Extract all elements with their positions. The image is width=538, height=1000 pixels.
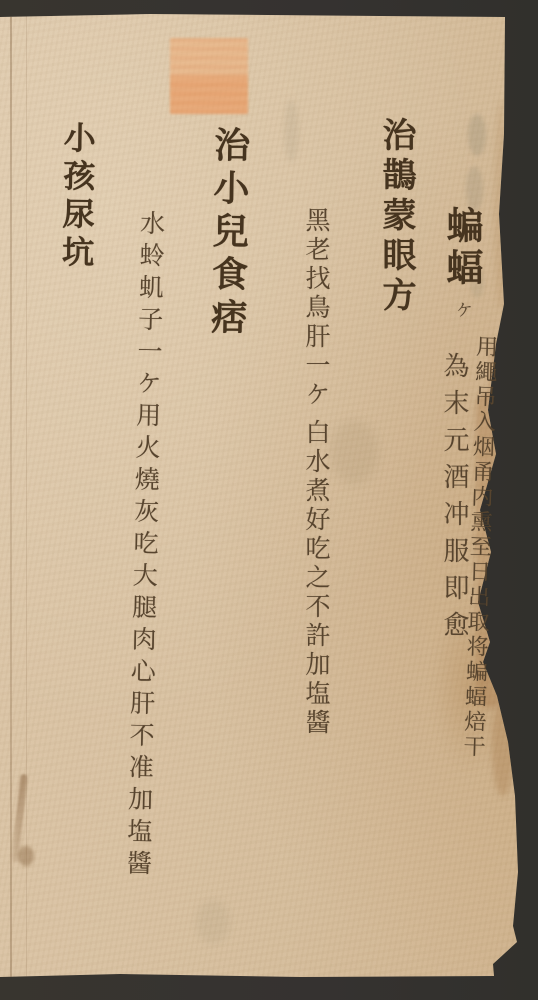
edge-stain [492,700,514,796]
entry-bat-title: 蝙蝠 [443,206,480,290]
entry-magpie-eye-body: 黑老找鳥肝一ケ白水煮好吃之不許加塩醬 [304,207,329,738]
edge-stain [494,100,507,310]
ink-bleedthrough-mark [468,114,486,156]
manuscript-photo-backdrop: 蝙蝠 ケ 用繩吊入烟甬内熏至日出取将蝙蝠焙干 為末元酒冲服即愈 治鵲蒙眼方 黑老… [0,0,538,1000]
entry-magpie-eye-title: 治鵲蒙眼方 [379,117,413,317]
entry-child-food-stagnation-title: 治小兒食痞 [208,126,248,342]
tear-stain [18,846,34,866]
fold-crease-line-soft [26,14,27,978]
entry-magpie-eye-body-line: 白水煮好吃之不許加塩醬 [302,419,331,738]
ink-bleedthrough-mark [284,100,299,162]
entry-bat-body-line: 為末元酒冲服即愈 [441,352,467,648]
entry-magpie-eye-body-line: 黑老找鳥肝一ケ [302,207,331,410]
tear-stain [11,774,27,862]
center-stain [330,420,378,484]
entry-child-urine-pit-title: 小孩尿坑 [60,121,94,273]
bottom-smudge [196,900,230,944]
fold-crease-line [10,14,12,978]
red-seal-stamp [170,38,248,114]
entry-bat-quantity-note: ケ [453,301,470,318]
